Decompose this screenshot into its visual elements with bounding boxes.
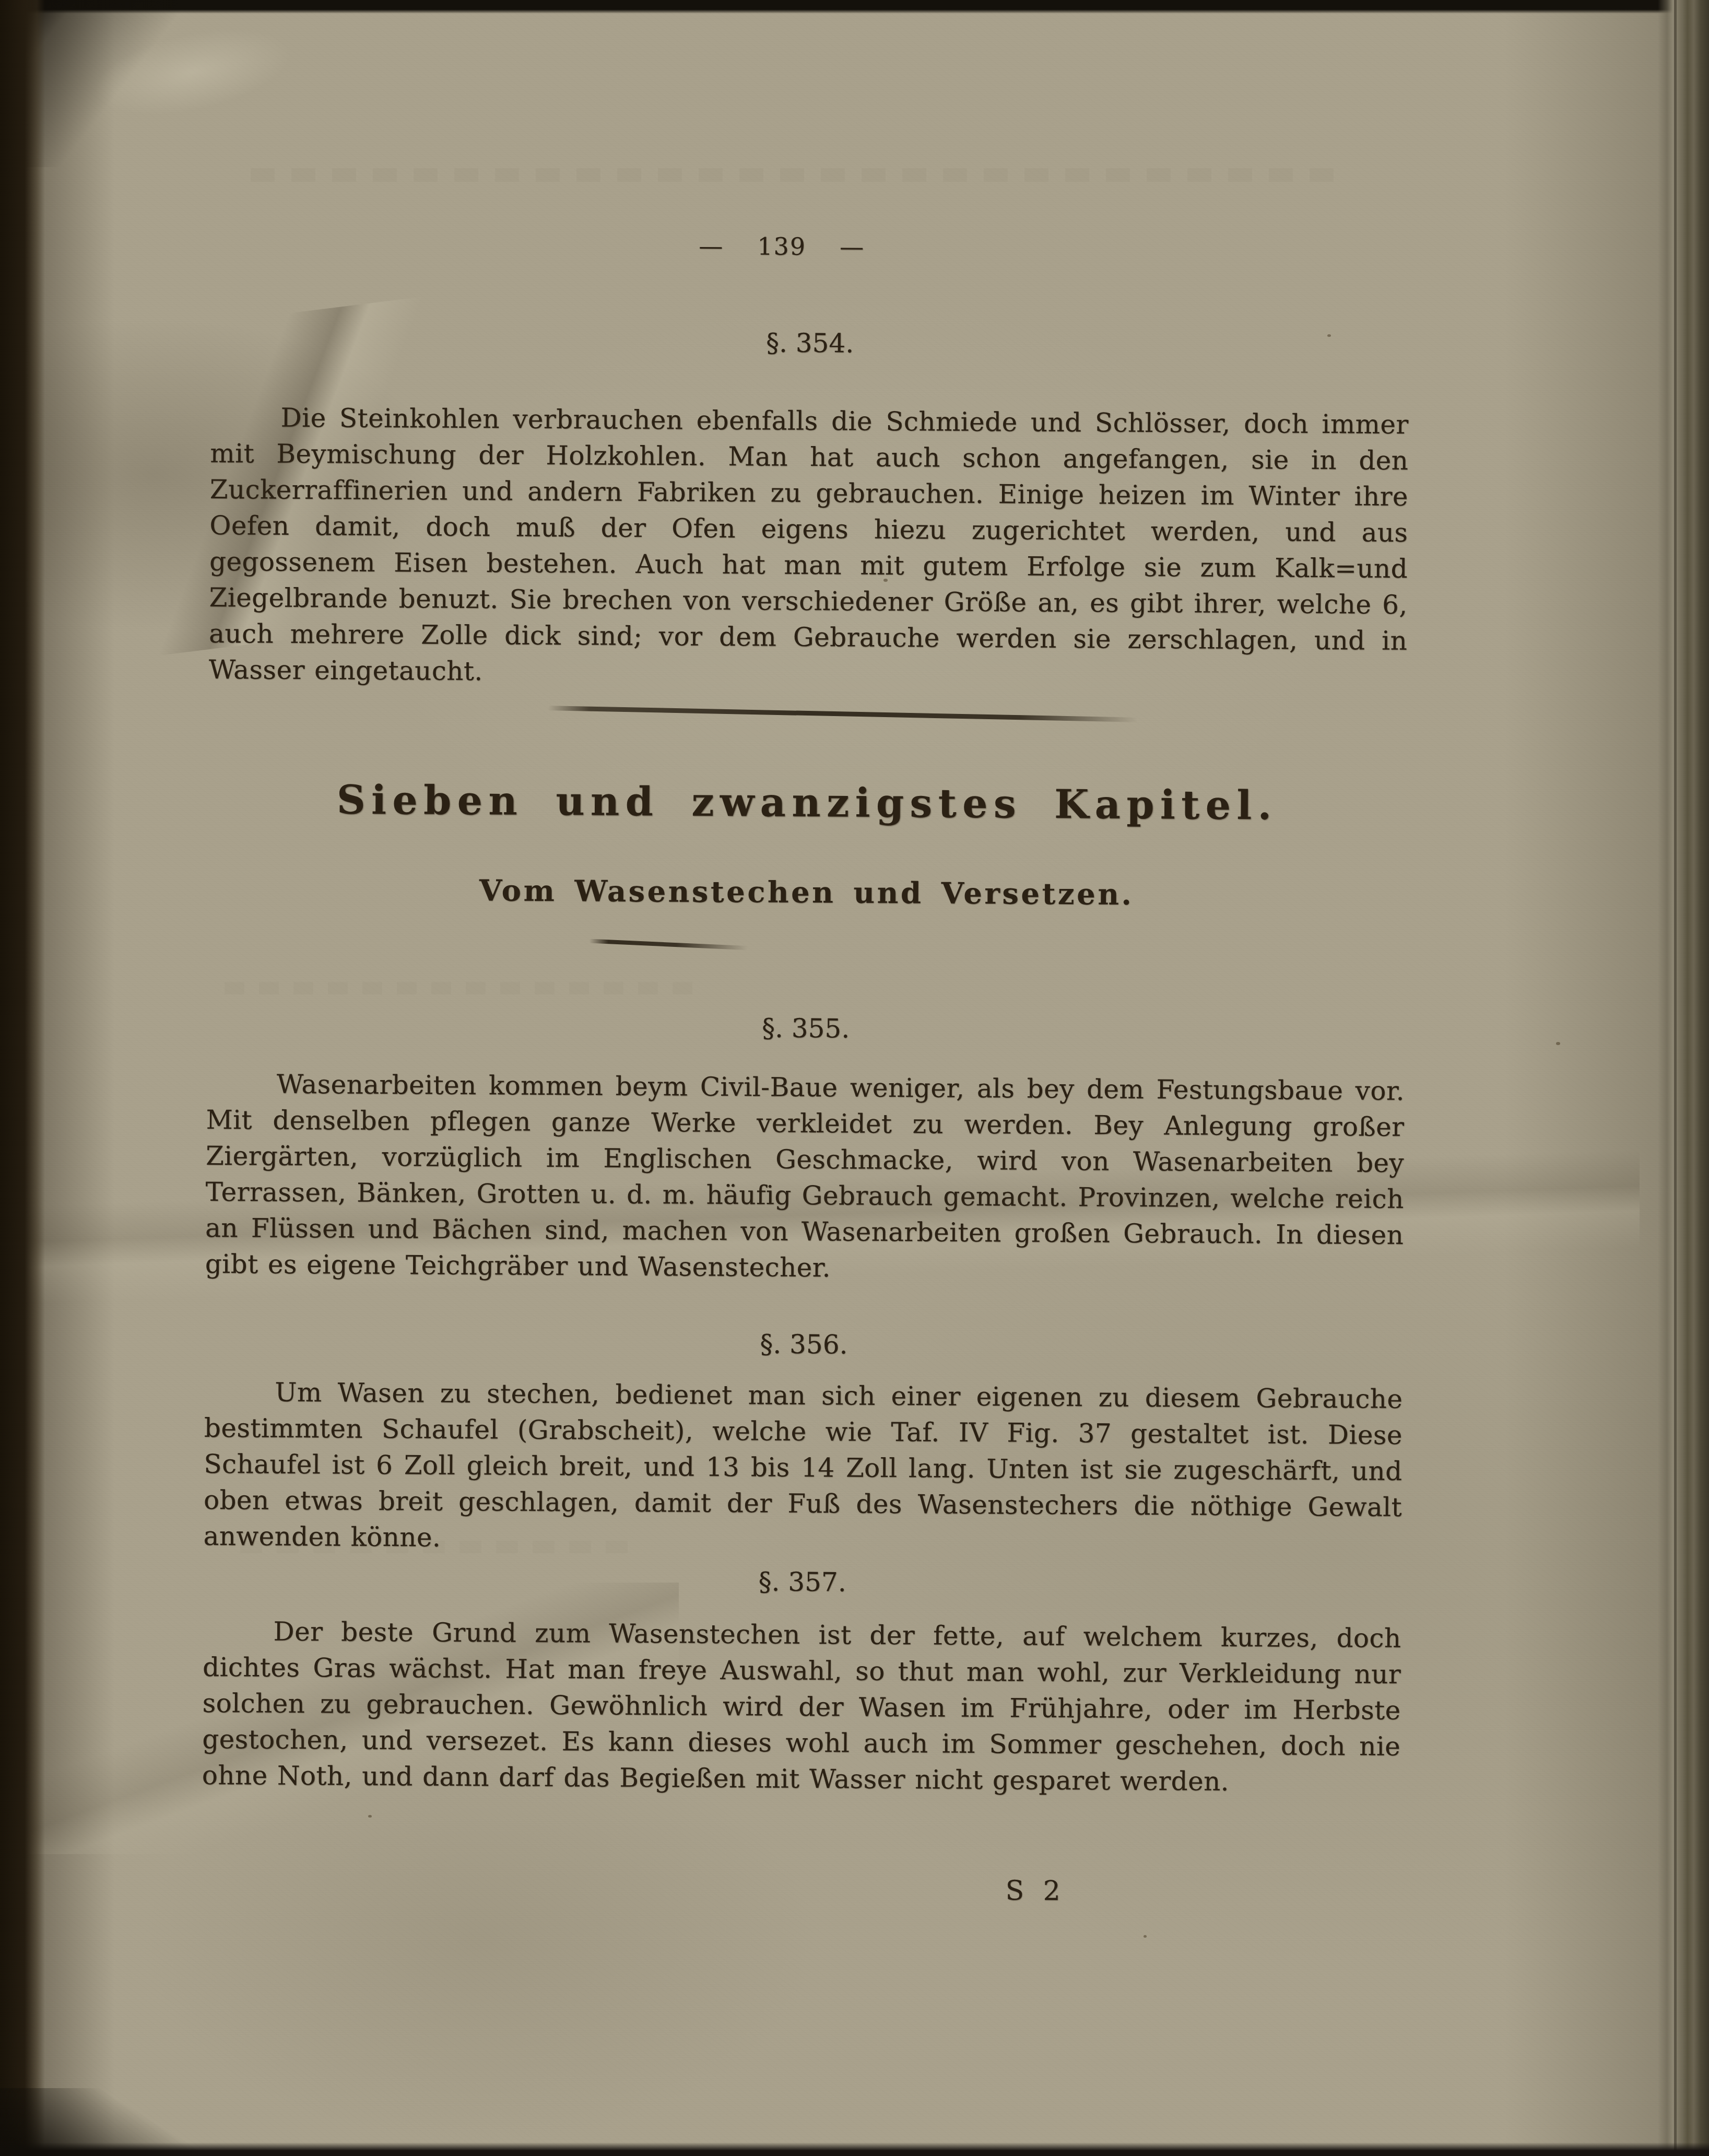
page-header: —139— — [183, 229, 1381, 264]
paragraph-354: Die Steinkohlen verbrauchen ebenfalls di… — [209, 400, 1409, 695]
page-number: 139 — [757, 232, 806, 261]
paragraph-355: Wasenarbeiten kommen beym Civil-Baue wen… — [205, 1066, 1405, 1290]
paragraph-356: Um Wasen zu stechen, bedienet man sich e… — [203, 1374, 1402, 1562]
chapter-subtitle: Vom Wasenstechen und Versetzen. — [207, 872, 1406, 913]
paper-speck — [1556, 1042, 1560, 1045]
book-spine-edge — [0, 0, 45, 2156]
chapter-title: Sieben und zwanzigstes Kapitel. — [208, 776, 1407, 829]
header-dash-left: — — [699, 232, 724, 260]
section-heading-357: §. 357. — [203, 1563, 1401, 1601]
photo-edge-bottom — [0, 2142, 1709, 2156]
page-edge-line — [1674, 0, 1677, 2156]
book-page-edges-right — [1658, 0, 1709, 2156]
text-block: —139— §. 354. Die Steinkohlen verbrauche… — [199, 0, 1411, 2156]
page-corner-shadow-bottom-left — [0, 2088, 240, 2156]
header-dash-right: — — [840, 232, 865, 261]
book-page-photo: —139— §. 354. Die Steinkohlen verbrauche… — [0, 0, 1709, 2156]
section-heading-354: §. 354. — [210, 324, 1409, 362]
section-divider-rule — [548, 706, 1138, 722]
section-heading-356: §. 356. — [205, 1326, 1403, 1363]
paragraph-357: Der beste Grund zum Wasenstechen ist der… — [202, 1613, 1401, 1801]
signature-mark: S 2 — [1005, 1875, 1066, 1907]
subtitle-rule — [590, 939, 748, 951]
section-heading-355: §. 355. — [206, 1010, 1405, 1047]
